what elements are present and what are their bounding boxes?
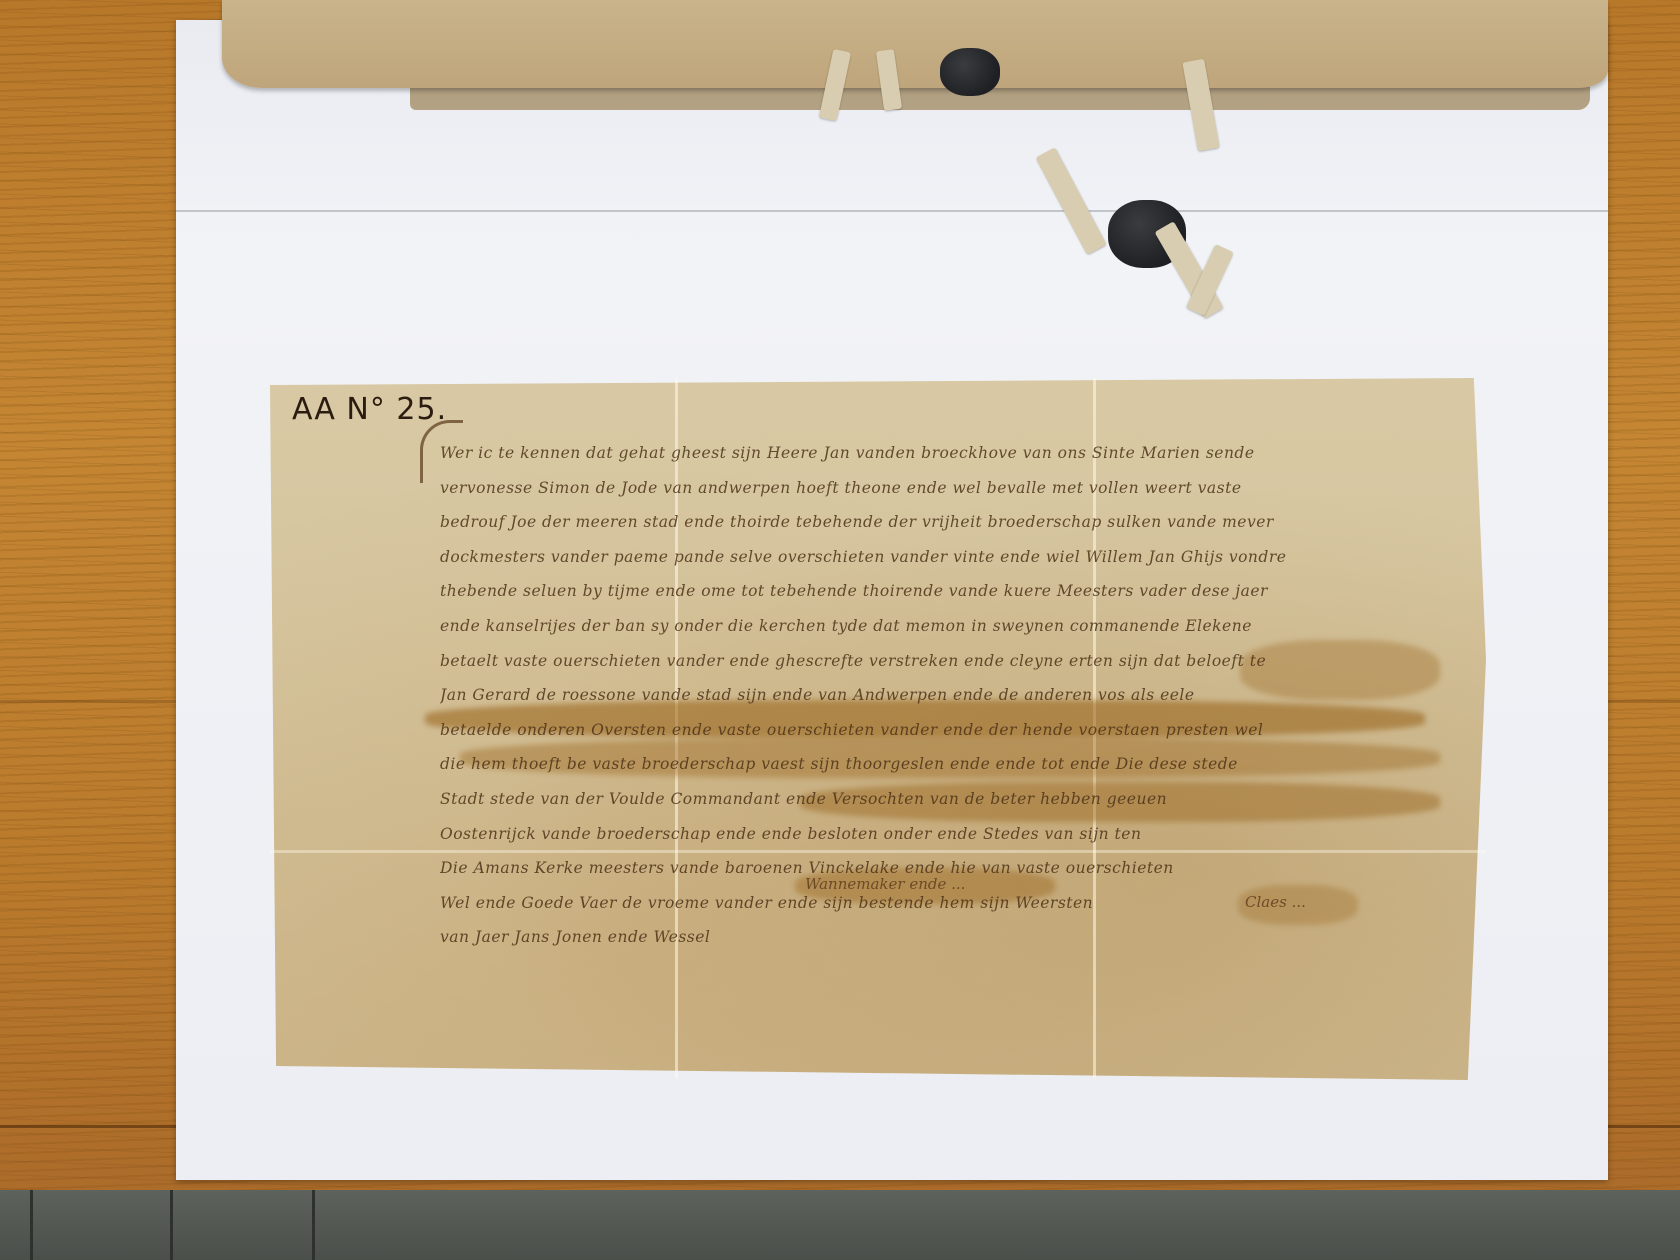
text-line: Wer ic te kennen dat gehat gheest sijn H… — [440, 436, 1460, 471]
text-line: Oostenrijck vande broederschap ende ende… — [440, 817, 1460, 852]
text-line: van Jaer Jans Jonen ende Wessel — [440, 920, 1460, 955]
wax-seal — [940, 48, 1000, 96]
text-line: bedrouf Joe der meeren stad ende thoirde… — [440, 505, 1460, 540]
top-parchment-document — [222, 0, 1608, 88]
archive-label: AA N° 25. — [292, 392, 447, 427]
signature-right: Claes ... — [1245, 893, 1306, 911]
text-line: vervonesse Simon de Jode van andwerpen h… — [440, 471, 1460, 506]
text-line: Jan Gerard de roessone vande stad sijn e… — [440, 678, 1460, 713]
floor — [0, 1190, 1680, 1260]
backing-sheet-fold — [176, 210, 1608, 212]
text-line: betaelde onderen Oversten ende vaste oue… — [440, 713, 1460, 748]
floor-tile-gap — [312, 1190, 315, 1260]
floor-tile-gap — [170, 1190, 173, 1260]
floor-tile-gap — [30, 1190, 33, 1260]
text-line: thebende seluen by tijme ende ome tot te… — [440, 574, 1460, 609]
text-line: die hem thoeft be vaste broederschap vae… — [440, 747, 1460, 782]
text-line: Stadt stede van der Voulde Commandant en… — [440, 782, 1460, 817]
text-line: dockmesters vander paeme pande selve ove… — [440, 540, 1460, 575]
text-line: ende kanselrijes der ban sy onder die ke… — [440, 609, 1460, 644]
text-line: betaelt vaste ouerschieten vander ende g… — [440, 644, 1460, 679]
signature-left: Wannemaker ende ... — [805, 875, 965, 893]
